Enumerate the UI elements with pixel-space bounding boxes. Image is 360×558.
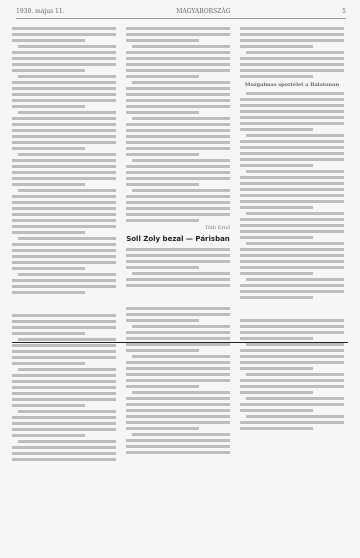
page-header: 1930. május 11. MAGYARORSZÁG 5 (16, 8, 346, 19)
section-subheading: Mozgalmas sportélet a Balatonon (240, 82, 344, 88)
article-signature: Tóth Ernő (126, 225, 230, 231)
column-right: Mozgalmas sportélet a Balatonon (240, 24, 344, 433)
header-date: 1930. május 11. (16, 8, 65, 18)
header-page-number: 5 (342, 8, 346, 18)
article-headline: Soll Zoly bezal — Párisban (126, 236, 230, 242)
header-title: MAGYARORSZÁG (176, 8, 230, 18)
column-left (12, 24, 116, 464)
column-center: Tóth Ernő Soll Zoly bezal — Párisban (126, 24, 230, 457)
section-divider (12, 342, 348, 343)
newspaper-page: 1930. május 11. MAGYARORSZÁG 5 Tóth Ernő… (0, 0, 360, 558)
